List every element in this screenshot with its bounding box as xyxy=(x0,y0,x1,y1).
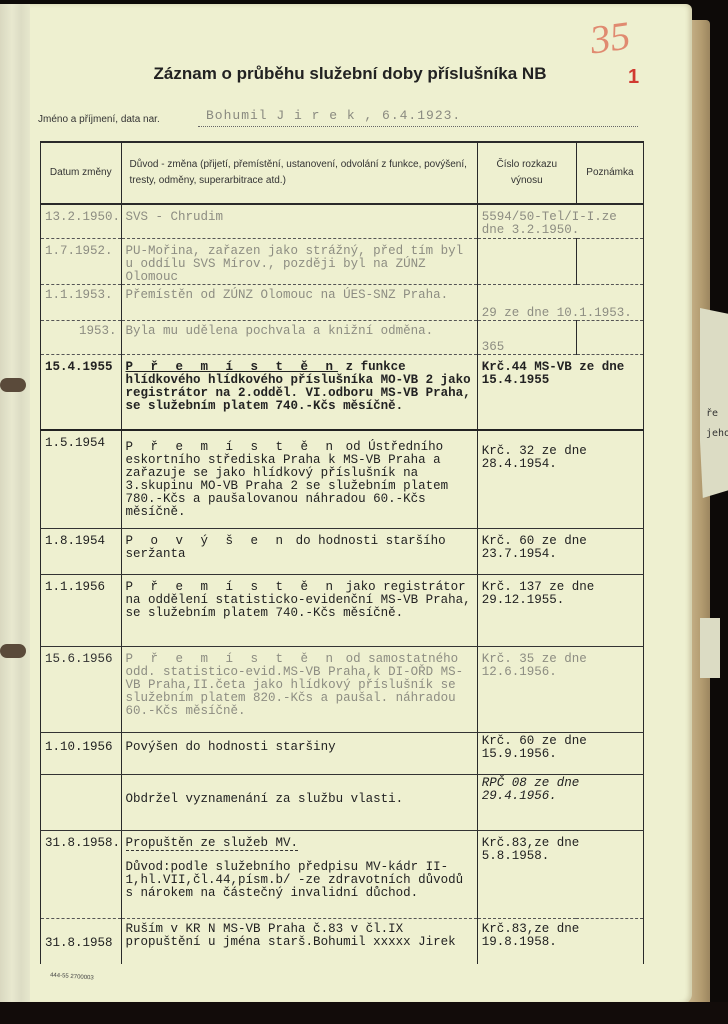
print-code: 444-55 2700003 xyxy=(50,972,94,981)
row-date: 15.6.1956 xyxy=(41,646,122,732)
side-tab-note-2 xyxy=(700,618,720,678)
row-date: 1.5.1954 xyxy=(41,430,122,528)
header-date: Datum změny xyxy=(41,142,122,204)
row-order: Krč. 35 ze dne 12.6.1956. xyxy=(477,646,643,732)
row-date: 1.7.1952. xyxy=(41,238,122,284)
row-reason: Přemístěn od ZÚNZ Olomouc na ÚES-SNZ Pra… xyxy=(121,284,477,320)
row-reason-detail: Důvod:podle služebního předpisu MV-kádr … xyxy=(126,861,473,900)
header-note: Poznámka xyxy=(576,142,643,204)
row-reason: Ruším v KR N MS-VB Praha č.83 v čl.IX pr… xyxy=(121,918,477,964)
table-row: 1.10.1956 Povýšen do hodnosti staršiny K… xyxy=(41,732,644,774)
row-reason-text: Propuštěn ze služeb MV. xyxy=(126,837,299,851)
row-order: Krč. 60 ze dne 15.9.1956. xyxy=(477,732,643,774)
table-row: 31.8.1958. Propuštěn ze služeb MV. Důvod… xyxy=(41,830,644,918)
row-note xyxy=(576,238,643,284)
side-tab-text-2: jeho xyxy=(706,428,728,439)
name-value: Bohumil J i r e k , 6.4.1923. xyxy=(206,108,461,123)
row-reason: SVS - Chrudim xyxy=(121,204,477,238)
table-row: 1.1.1956 P ř e m í s t ě n jako registrá… xyxy=(41,574,644,646)
row-date: 1.10.1956 xyxy=(41,732,122,774)
row-reason-lead: P ř e m í s t ě n xyxy=(126,360,339,374)
side-tab-text-1: ře xyxy=(706,408,718,419)
row-reason: Povýšen do hodnosti staršiny xyxy=(121,732,477,774)
row-date: 31.8.1958. xyxy=(41,830,122,918)
row-order xyxy=(477,238,576,284)
row-reason-lead: P ř e m í s t ě n xyxy=(126,652,339,666)
row-reason-lead: P ř e m í s t ě n xyxy=(126,580,339,594)
table-row: 13.2.1950. SVS - Chrudim 5594/50-Tel/I-I… xyxy=(41,204,644,238)
row-reason: P ř e m í s t ě n od samostatného odd. s… xyxy=(121,646,477,732)
row-date xyxy=(41,774,122,830)
row-reason: PU-Mořina, zařazen jako strážný, před tí… xyxy=(121,238,477,284)
table-row: 1.5.1954 P ř e m í s t ě n od Ústředního… xyxy=(41,430,644,528)
document-page: 35 1 Záznam o průběhu služební doby přís… xyxy=(0,4,692,1004)
name-underline xyxy=(198,126,638,127)
table-row: 1.7.1952. PU-Mořina, zařazen jako strážn… xyxy=(41,238,644,284)
row-date: 1.8.1954 xyxy=(41,528,122,574)
row-date: 31.8.1958 xyxy=(41,918,122,964)
binder-ring-icon xyxy=(0,644,26,658)
row-order: Krč.44 MS-VB ze dne 15.4.1955 xyxy=(477,354,643,430)
row-date: 15.4.1955 xyxy=(41,354,122,430)
table-row: 15.6.1956 P ř e m í s t ě n od samostatn… xyxy=(41,646,644,732)
table-row: Obdržel vyznamenání za službu vlasti. RP… xyxy=(41,774,644,830)
page-sub-mark: 1 xyxy=(628,66,639,89)
row-reason: P ř e m í s t ě n z funkce hlídkového hl… xyxy=(121,354,477,430)
row-reason: P ř e m í s t ě n od Ústředního eskortní… xyxy=(121,430,477,528)
row-note xyxy=(576,320,643,354)
row-order-handwritten: RPČ 08 ze dne 29.4.1956. xyxy=(477,774,643,830)
table-row: 15.4.1955 P ř e m í s t ě n z funkce hlí… xyxy=(41,354,644,430)
row-reason: Propuštěn ze služeb MV. Důvod:podle služ… xyxy=(121,830,477,918)
side-tab-note: ře jeho xyxy=(700,308,728,498)
binder-ring-icon xyxy=(0,378,26,392)
page-number: 35 xyxy=(587,11,633,63)
service-record-table: Datum změny Důvod - změna (přijetí, přem… xyxy=(40,141,644,964)
name-label: Jméno a příjmení, data nar. xyxy=(38,114,160,125)
header-reason: Důvod - změna (přijetí, přemístění, usta… xyxy=(121,142,477,204)
table-row: 31.8.1958 Ruším v KR N MS-VB Praha č.83 … xyxy=(41,918,644,964)
row-order: Krč.83,ze dne 5.8.1958. xyxy=(477,830,643,918)
row-order: Krč. 60 ze dne 23.7.1954. xyxy=(477,528,643,574)
background-edge xyxy=(0,1002,728,1024)
row-date: 1.1.1953. xyxy=(41,284,122,320)
row-reason: P ř e m í s t ě n jako registrátor na od… xyxy=(121,574,477,646)
row-date: 1.1.1956 xyxy=(41,574,122,646)
table-row: 1.1.1953. Přemístěn od ZÚNZ Olomouc na Ú… xyxy=(41,284,644,320)
table-row: 1.8.1954 P o v ý š e n do hodnosti starš… xyxy=(41,528,644,574)
row-order: 29 ze dne 10.1.1953. xyxy=(477,284,643,320)
row-reason-lead: P o v ý š e n xyxy=(126,534,289,548)
row-order: 365 xyxy=(477,320,576,354)
page-title: Záznam o průběhu služební doby příslušní… xyxy=(100,64,600,84)
row-order: Krč. 137 ze dne 29.12.1955. xyxy=(477,574,643,646)
row-date: 1953. xyxy=(41,320,122,354)
row-reason: Byla mu udělena pochvala a knižní odměna… xyxy=(121,320,477,354)
table-row: 1953. Byla mu udělena pochvala a knižní … xyxy=(41,320,644,354)
row-date: 13.2.1950. xyxy=(41,204,122,238)
name-field: Jméno a příjmení, data nar. Bohumil J i … xyxy=(38,108,638,128)
row-reason: P o v ý š e n do hodnosti staršího serža… xyxy=(121,528,477,574)
header-order: Číslo rozkazu výnosu xyxy=(477,142,576,204)
row-order: Krč.83,ze dne 19.8.1958. xyxy=(477,918,643,964)
row-order: 5594/50-Tel/I-I.ze dne 3.2.1950. xyxy=(477,204,643,238)
row-reason-lead: P ř e m í s t ě n xyxy=(126,440,339,454)
binding-spine xyxy=(0,4,30,1004)
award-stamp: Obdržel vyznamenání za službu vlasti. xyxy=(121,774,477,830)
row-order: Krč. 32 ze dne 28.4.1954. xyxy=(477,430,643,528)
